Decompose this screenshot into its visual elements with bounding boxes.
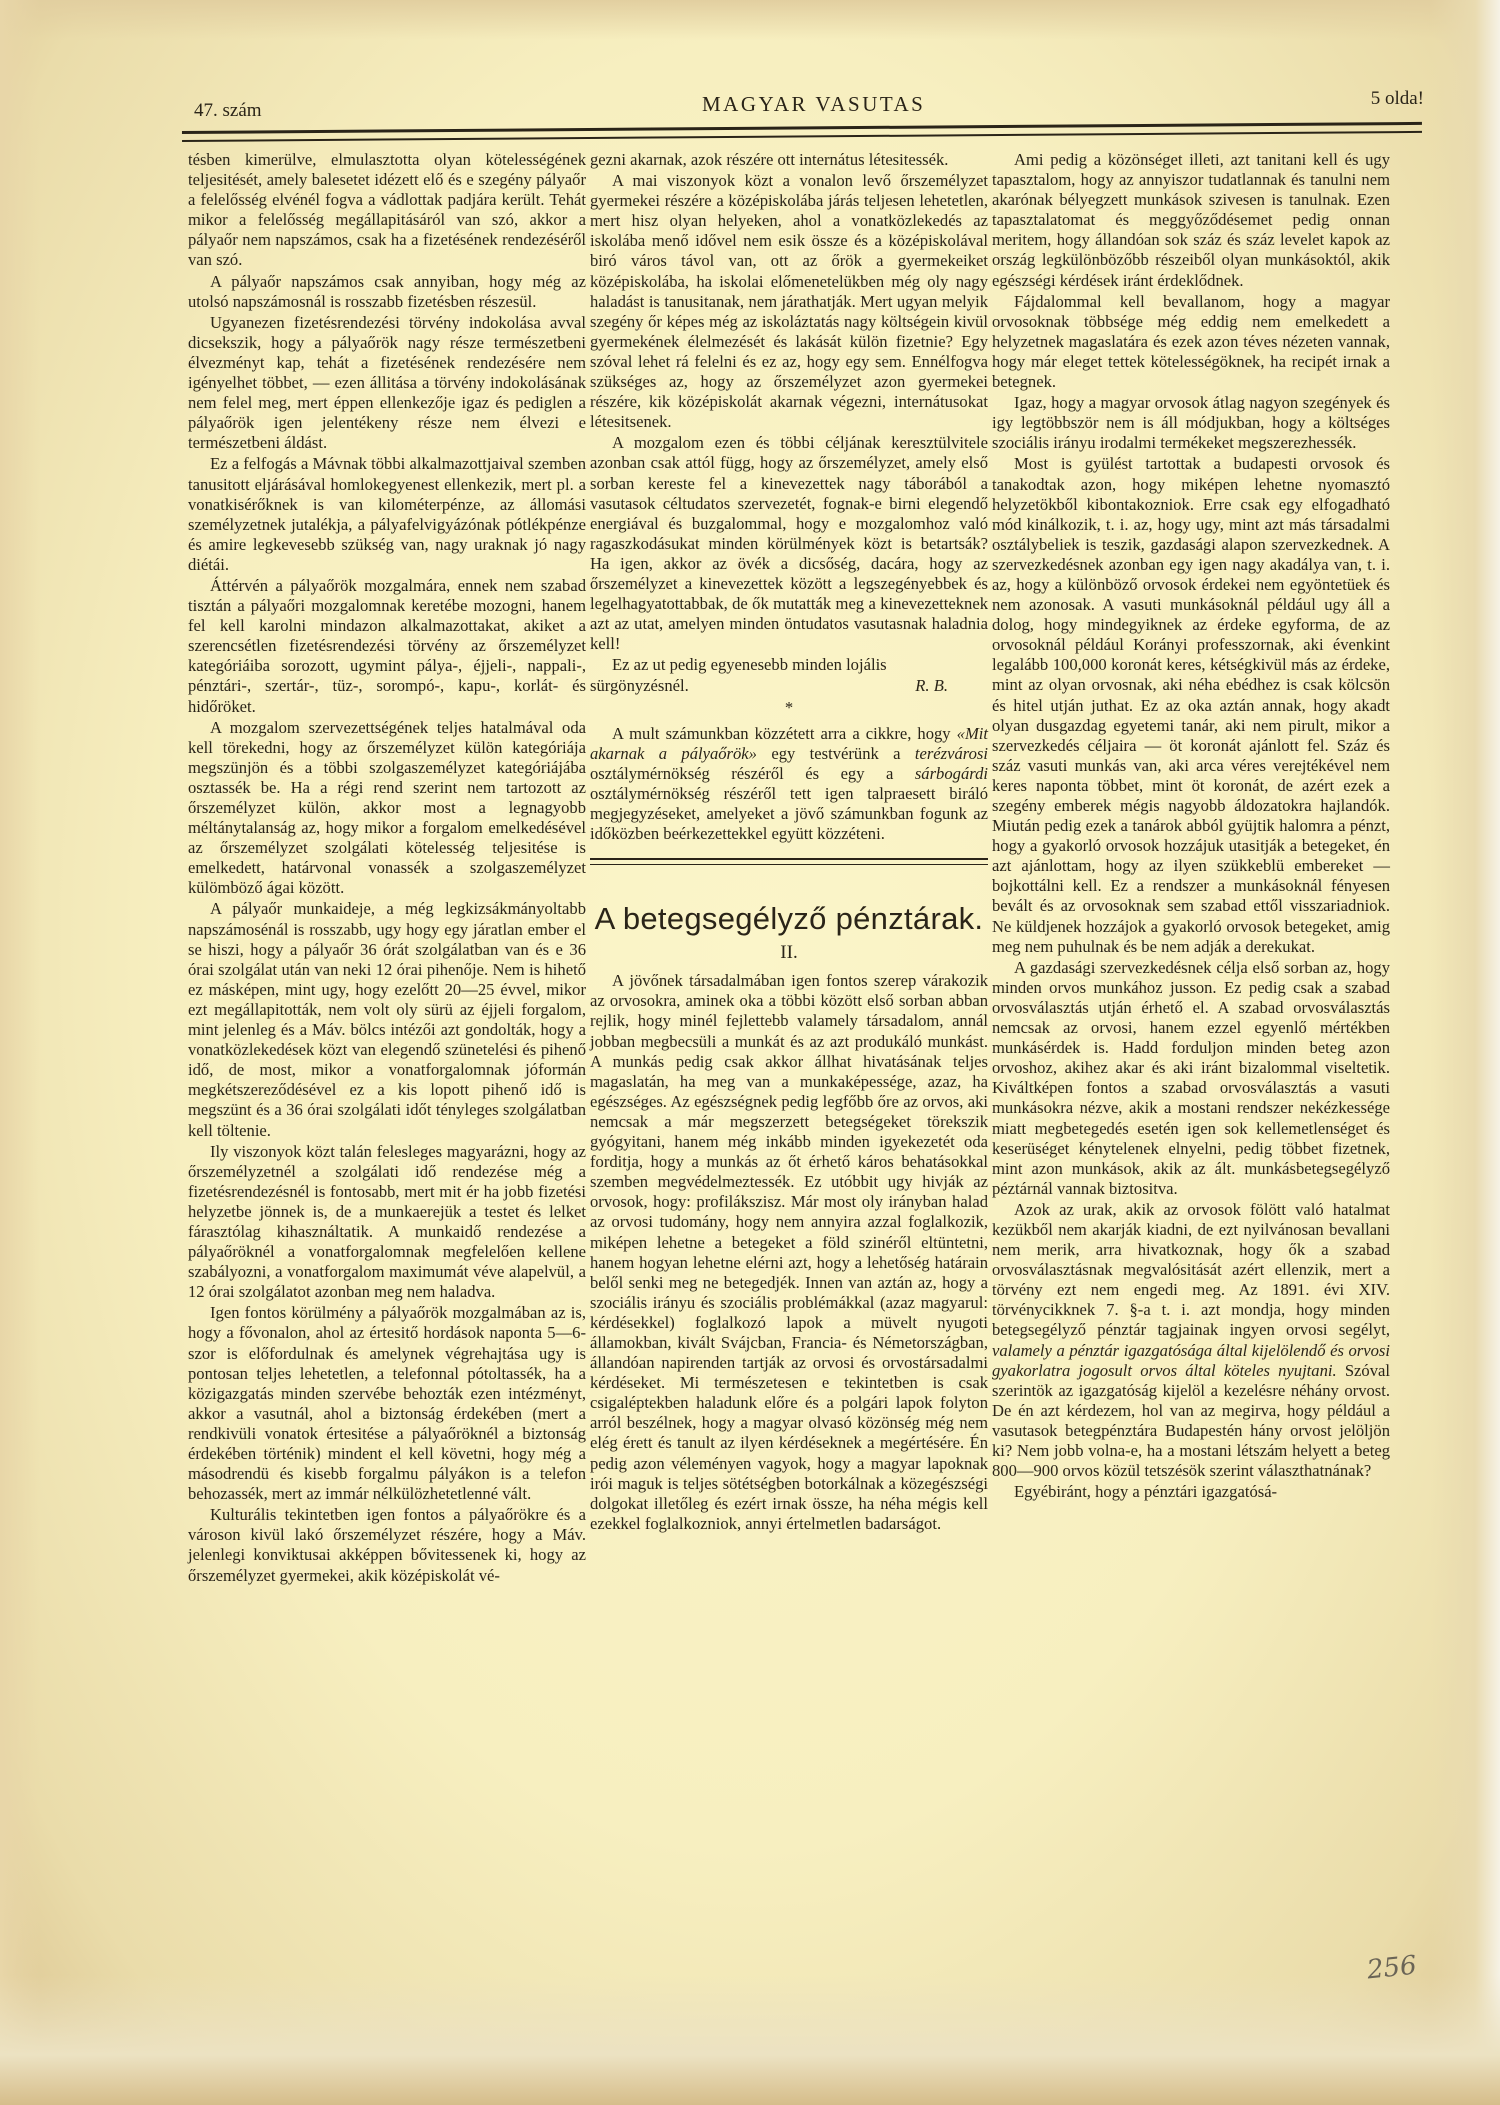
paragraph: Most is gyülést tartottak a budapesti or… bbox=[992, 454, 1390, 956]
paragraph: Ily viszonyok közt talán felesleges magy… bbox=[188, 1142, 586, 1303]
paragraph: gezni akarnak, azok részére ott internát… bbox=[590, 150, 988, 170]
paper-edge-left bbox=[0, 0, 40, 2105]
paragraph: Azok az urak, akik az orvosok fölött val… bbox=[992, 1200, 1390, 1481]
paper-edge-bottom bbox=[0, 1975, 1500, 2105]
paragraph: Kulturális tekintetben igen fontos a pál… bbox=[188, 1505, 586, 1585]
paragraph: A gazdasági szervezkedésnek célja első s… bbox=[992, 958, 1390, 1199]
paragraph: tésben kimerülve, elmulasztotta olyan kö… bbox=[188, 150, 586, 271]
paragraph: Áttérvén a pályaőrök mozgalmára, ennek n… bbox=[188, 576, 586, 717]
paper-edge-top bbox=[0, 0, 1500, 40]
paragraph: Ami pedig a közönséget illeti, azt tanit… bbox=[992, 150, 1390, 291]
signature-line: sürgönyzésnél. R. B. bbox=[590, 676, 988, 696]
handwritten-archive-number: 256 bbox=[1366, 1950, 1419, 1985]
place-name: terézvárosi bbox=[915, 744, 988, 763]
paragraph: A pályaőr munkaideje, a még legkizsákmán… bbox=[188, 899, 586, 1140]
article-title: A betegsegélyző pénztárak. bbox=[590, 901, 988, 937]
article-part-number: II. bbox=[590, 943, 988, 963]
paragraph: Igaz, hogy a magyar orvosok átlag nagyon… bbox=[992, 393, 1390, 453]
issue-number: 47. szám bbox=[194, 100, 262, 122]
paragraph: Fájdalommal kell bevallanom, hogy a magy… bbox=[992, 292, 1390, 392]
author-signature: R. B. bbox=[915, 676, 948, 696]
place-name: sárbogárdi bbox=[915, 764, 988, 783]
paragraph: Egyébiránt, hogy a pénztári igazgatósá- bbox=[992, 1482, 1390, 1502]
paper-edge-right bbox=[1430, 0, 1500, 2105]
paragraph: Igen fontos körülmény a pályaőrök mozgal… bbox=[188, 1303, 586, 1504]
closing-line-end: sürgönyzésnél. bbox=[590, 676, 689, 696]
column-3: Ami pedig a közönséget illeti, azt tanit… bbox=[992, 150, 1390, 1503]
article-divider bbox=[590, 858, 988, 865]
masthead-title: MAGYAR VASUTAS bbox=[702, 92, 925, 117]
page-number: 5 olda! bbox=[1371, 88, 1424, 110]
paragraph: A mai viszonyok közt a vonalon levő őrsz… bbox=[590, 171, 988, 432]
paragraph: Ez a felfogás a Mávnak többi alkalmazott… bbox=[188, 454, 586, 575]
newspaper-page: 47. szám MAGYAR VASUTAS 5 olda! tésben k… bbox=[0, 0, 1500, 2105]
closing-line: Ez az ut pedig egyenesebb minden lojális bbox=[590, 655, 988, 675]
editorial-notice: A mult számunkban közzétett arra a cikkr… bbox=[590, 724, 988, 845]
paragraph: Ugyanezen fizetésrendezési törvény indok… bbox=[188, 313, 586, 454]
paragraph: A mozgalom szervezettségének teljes hata… bbox=[188, 718, 586, 899]
paragraph: A pályaőr napszámos csak annyiban, hogy … bbox=[188, 272, 586, 312]
column-2: gezni akarnak, azok részére ott internát… bbox=[590, 150, 988, 1535]
paragraph: A mozgalom ezen és többi céljának keresz… bbox=[590, 433, 988, 654]
law-quote: valamely a pénztár igazgatósága által ki… bbox=[992, 1341, 1390, 1380]
section-separator: * bbox=[590, 698, 988, 718]
column-1: tésben kimerülve, elmulasztotta olyan kö… bbox=[188, 150, 586, 1587]
paragraph: A jövőnek társadalmában igen fontos szer… bbox=[590, 971, 988, 1534]
